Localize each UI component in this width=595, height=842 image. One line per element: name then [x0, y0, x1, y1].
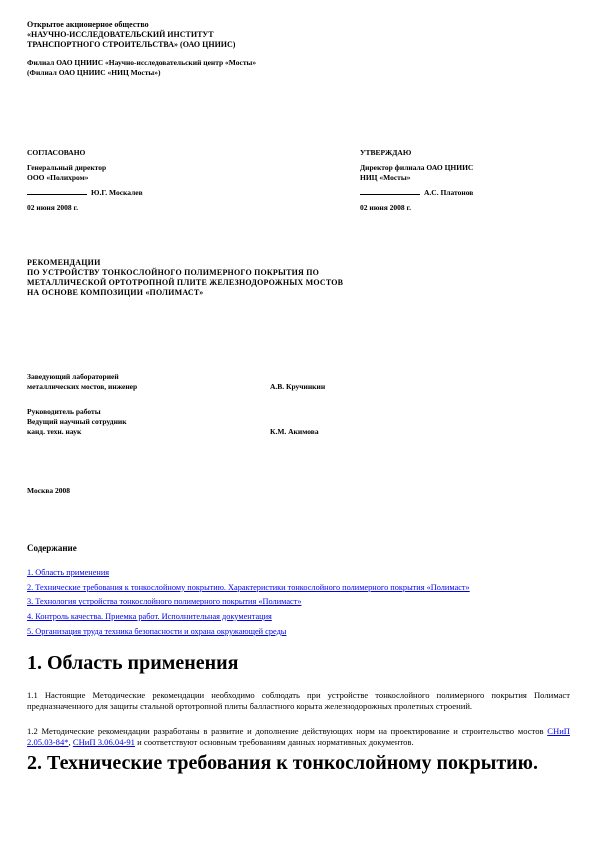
letterhead: Открытое акционерное общество «НАУЧНО-ИС… — [27, 20, 568, 50]
document-page: Открытое акционерное общество «НАУЧНО-ИС… — [0, 0, 595, 842]
approval-block-approved: УТВЕРЖДАЮ Директор филиала ОАО ЦНИИС НИЦ… — [360, 148, 570, 213]
document-title-line-4: НА ОСНОВЕ КОМПОЗИЦИИ «ПОЛИМАСТ» — [27, 288, 568, 298]
approval-block-agreed: СОГЛАСОВАНО Генеральный директор ООО «По… — [27, 148, 257, 213]
approval-approved-signature-row: А.С. Платонов — [360, 186, 570, 198]
toc-link-2[interactable]: 2. Технические требования к тонкослойном… — [27, 583, 470, 592]
approval-agreed-date: 02 июня 2008 г. — [27, 203, 257, 213]
toc-row: 4. Контроль качества. Приемка работ. Исп… — [27, 610, 575, 625]
branch-line-2: (Филиал ОАО ЦНИИС «НИЦ Мосты») — [27, 68, 568, 78]
document-title: РЕКОМЕНДАЦИИ ПО УСТРОЙСТВУ ТОНКОСЛОЙНОГО… — [27, 258, 568, 298]
paragraph-1-2-text-after: и соответствуют основным требованиям дан… — [135, 737, 414, 747]
signature-block-work-lead: Руководитель работы Ведущий научный сотр… — [27, 407, 568, 437]
branch-line-1: Филиал ОАО ЦНИИС «Научно-исследовательск… — [27, 58, 568, 68]
org-name-line-3: ТРАНСПОРТНОГО СТРОИТЕЛЬСТВА» (ОАО ЦНИИС) — [27, 40, 568, 50]
signature-role-line: Заведующий лабораторией — [27, 372, 568, 382]
section-1-heading: 1. Область применения — [27, 652, 568, 675]
approval-agreed-signer-name: Ю.Г. Москалев — [91, 188, 143, 197]
document-title-line-2: ПО УСТРОЙСТВУ ТОНКОСЛОЙНОГО ПОЛИМЕРНОГО … — [27, 268, 568, 278]
signature-role-line: Руководитель работы — [27, 407, 568, 417]
paragraph-1-1: 1.1 Настоящие Методические рекомендации … — [27, 690, 570, 712]
signer-name: А.В. Кручинкин — [270, 382, 325, 392]
approval-agreed-position-line-2: ООО «Полихром» — [27, 173, 257, 183]
toc-link-3[interactable]: 3. Технология устройства тонкослойного п… — [27, 597, 301, 606]
approval-approved-position-line-1: Директор филиала ОАО ЦНИИС — [360, 163, 570, 173]
paragraph-1-2-text-before: 1.2 Методические рекомендации разработан… — [27, 726, 547, 736]
signature-block-lab-head: Заведующий лабораторией металлических мо… — [27, 372, 568, 392]
approval-agreed-position-line-1: Генеральный директор — [27, 163, 257, 173]
signer-name: К.М. Акимова — [270, 427, 319, 437]
document-title-line-3: МЕТАЛЛИЧЕСКОЙ ОРТОТРОПНОЙ ПЛИТЕ ЖЕЛЕЗНОД… — [27, 278, 568, 288]
document-title-line-1: РЕКОМЕНДАЦИИ — [27, 258, 568, 268]
table-of-contents: 1. Область применения 2. Технические тре… — [27, 566, 575, 639]
toc-link-1[interactable]: 1. Область применения — [27, 568, 109, 577]
toc-row: 5. Организация труда техника безопасност… — [27, 625, 575, 640]
approval-agreed-signature-row: Ю.Г. Москалев — [27, 186, 257, 198]
signature-line — [360, 186, 420, 195]
branch-block: Филиал ОАО ЦНИИС «Научно-исследовательск… — [27, 58, 568, 78]
approval-approved-date: 02 июня 2008 г. — [360, 203, 570, 213]
toc-row: 2. Технические требования к тонкослойном… — [27, 581, 575, 596]
org-name-line-2: «НАУЧНО-ИССЛЕДОВАТЕЛЬСКИЙ ИНСТИТУТ — [27, 30, 568, 40]
org-name-line-1: Открытое акционерное общество — [27, 20, 568, 30]
approval-approved-label: УТВЕРЖДАЮ — [360, 148, 570, 158]
approval-agreed-label: СОГЛАСОВАНО — [27, 148, 257, 158]
section-2-heading: 2. Технические требования к тонкослойном… — [27, 752, 568, 775]
signature-role-line: Ведущий научный сотрудник — [27, 417, 568, 427]
approval-approved-signer-name: А.С. Платонов — [424, 188, 473, 197]
snip-link-2[interactable]: СНиП 3.06.04-91 — [73, 737, 135, 747]
toc-row: 3. Технология устройства тонкослойного п… — [27, 595, 575, 610]
toc-row: 1. Область применения — [27, 566, 575, 581]
approval-approved-position-line-2: НИЦ «Мосты» — [360, 173, 570, 183]
paragraph-1-2: 1.2 Методические рекомендации разработан… — [27, 726, 570, 748]
contents-heading: Содержание — [27, 543, 77, 553]
signature-line — [27, 186, 87, 195]
toc-link-4[interactable]: 4. Контроль качества. Приемка работ. Исп… — [27, 612, 272, 621]
toc-link-5[interactable]: 5. Организация труда техника безопасност… — [27, 627, 286, 636]
place-year: Москва 2008 — [27, 486, 70, 495]
